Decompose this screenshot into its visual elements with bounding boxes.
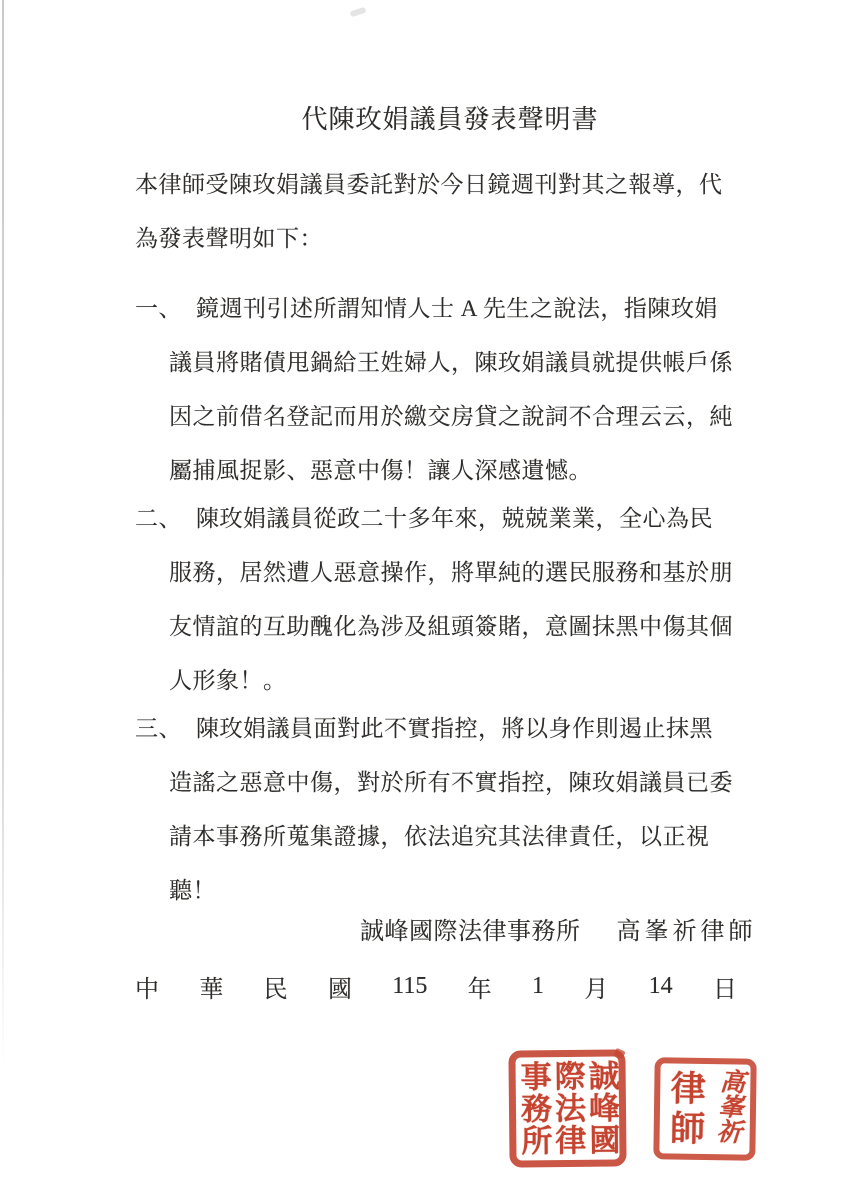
lawyer-name: 高峯祈律師 <box>617 919 757 945</box>
intro-line: 本律師受陳玫娟議員委託對於今日鏡週刊對其之報導，代 <box>135 158 775 212</box>
item-line: 一、鏡週刊引述所謂知情人士 A 先生之說法，指陳玫娟 <box>135 282 775 336</box>
intro-paragraph: 本律師受陳玫娟議員委託對於今日鏡週刊對其之報導，代 為發表聲明如下： <box>135 158 775 266</box>
scanned-statement-page: 代陳玫娟議員發表聲明書 本律師受陳玫娟議員委託對於今日鏡週刊對其之報導，代 為發… <box>0 0 858 1200</box>
lawyer-seal: 高峯祈 律師 <box>653 1057 756 1160</box>
scan-edge-artifact <box>2 0 4 1070</box>
statement-item-3: 三、陳玫娟議員面對此不實指控，將以身作則遏止抹黑 造謠之惡意中傷，對於所有不實指… <box>135 702 775 918</box>
date-token: 華 <box>199 969 223 1004</box>
item-line: 二、陳玫娟議員從政二十多年來，兢兢業業，全心為民 <box>135 492 775 546</box>
item-line: 三、陳玫娟議員面對此不實指控，將以身作則遏止抹黑 <box>135 702 775 756</box>
law-firm-seal: 誠峰國際法律事務所 <box>508 1049 626 1167</box>
item-text: 陳玫娟議員面對此不實指控，將以身作則遏止抹黑 <box>196 716 713 741</box>
item-line: 議員將賭債甩鍋給王姓婦人，陳玫娟議員就提供帳戶係 <box>135 336 775 390</box>
statement-item-2: 二、陳玫娟議員從政二十多年來，兢兢業業，全心為民 服務，居然遭人惡意操作，將單純… <box>135 492 775 708</box>
item-number: 三、 <box>135 702 196 756</box>
date-token-day: 14 <box>649 973 673 1000</box>
item-text: 陳玫娟議員從政二十多年來，兢兢業業，全心為民 <box>196 506 713 531</box>
date-token-year: 115 <box>392 973 427 1000</box>
item-line: 請本事務所蒐集證據，依法追究其法律責任，以正視 <box>135 810 775 864</box>
date-token: 國 <box>328 969 352 1004</box>
date-token: 日 <box>713 969 737 1004</box>
item-line: 友情誼的互助醜化為涉及組頭簽賭，意圖抹黑中傷其個 <box>135 600 775 654</box>
date-token: 中 <box>135 969 159 1004</box>
date-token: 月 <box>584 969 608 1004</box>
item-number: 二、 <box>135 492 196 546</box>
item-number: 一、 <box>135 282 196 336</box>
lawyer-seal-title-text: 律師 <box>664 1069 705 1150</box>
signature-line: 誠峰國際法律事務所高峯祈律師 <box>360 912 757 952</box>
item-line: 因之前借名登記而用於繳交房貸之說詞不合理云云，純 <box>135 390 775 444</box>
lawyer-seal-name-text: 高峯祈 <box>711 1067 746 1144</box>
date-token: 年 <box>468 969 492 1004</box>
statement-item-1: 一、鏡週刊引述所謂知情人士 A 先生之說法，指陳玫娟 議員將賭債甩鍋給王姓婦人，… <box>135 282 775 498</box>
intro-line: 為發表聲明如下： <box>135 212 775 266</box>
page-title: 代陳玫娟議員發表聲明書 <box>135 100 765 140</box>
item-line: 造謠之惡意中傷，對於所有不實指控，陳玫娟議員已委 <box>135 756 775 810</box>
item-line: 聽！ <box>135 864 775 918</box>
law-firm-name: 誠峰國際法律事務所 <box>360 919 581 945</box>
item-line: 屬捕風捉影、惡意中傷！讓人深感遺憾。 <box>135 444 775 498</box>
law-firm-seal-text: 誠峰國際法律事務所 <box>515 1059 618 1157</box>
date-token: 民 <box>264 969 288 1004</box>
date-token-month: 1 <box>532 973 544 1000</box>
item-line: 服務，居然遭人惡意操作，將單純的選民服務和基於朋 <box>135 546 775 600</box>
item-text: 鏡週刊引述所謂知情人士 A 先生之說法，指陳玫娟 <box>196 296 718 321</box>
item-line: 人形象！。 <box>135 654 775 708</box>
date-line: 中 華 民 國 115 年 1 月 14 日 <box>135 966 737 1006</box>
scan-smudge-artifact <box>349 7 366 18</box>
